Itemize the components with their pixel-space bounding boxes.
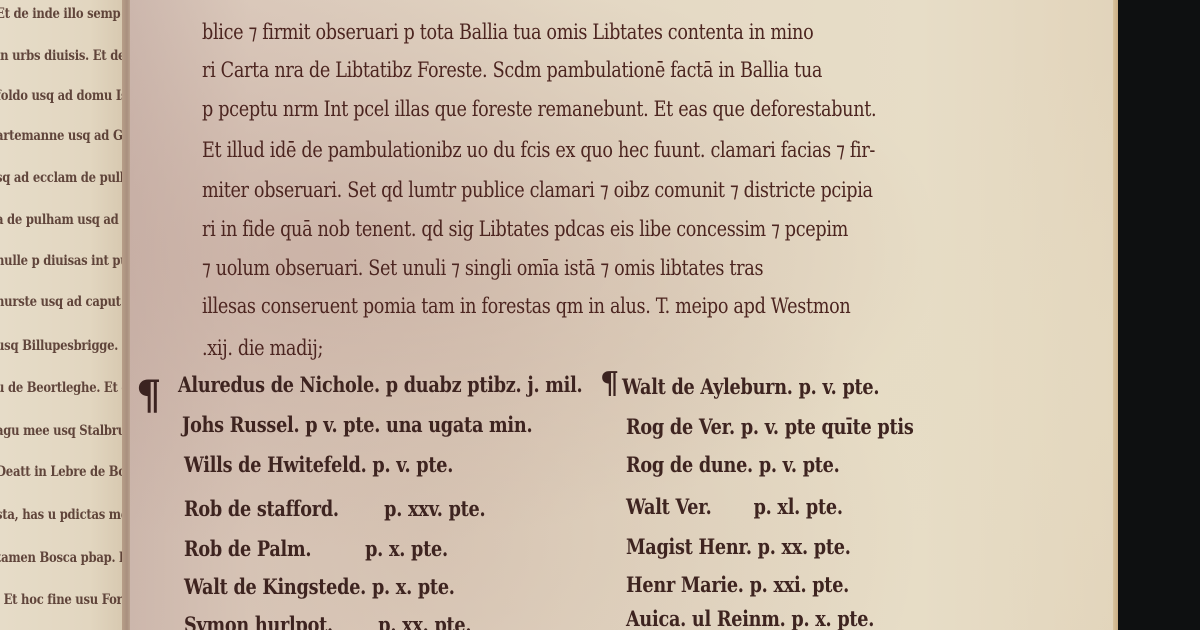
list-entry-left: Walt de Kingstede. p. x. pte. (184, 574, 455, 599)
left-page-line: sta, has u pdictas metas (0, 507, 128, 523)
entry-name: Rog de Ver. (626, 414, 735, 439)
entry-name: Rob de Palm. (184, 536, 311, 561)
list-entry-left: Rob de stafford. p. xxv. pte. (184, 496, 485, 521)
left-page-line: u de Beortleghe. Et de (0, 380, 128, 396)
entry-name: Auica. ul Reinm. (626, 606, 786, 630)
entry-name: Walt de Kingstede. (184, 574, 366, 599)
prose-line: ri in fide quā nob tenent. qd sig Libtat… (202, 217, 848, 241)
prose-line: Et illud idē de pambulationibz uo du fci… (202, 138, 875, 162)
entry-name: Walt de Ayleburn. (622, 374, 793, 399)
entry-name: Wills de Hwitefeld. (184, 452, 367, 477)
list-entry-right: Magist Henr. p. xx. pte. (626, 534, 851, 559)
entry-amount: p. xx. pte. (758, 534, 851, 559)
entry-name: Rob de stafford. (184, 496, 339, 521)
left-page-line: foldo usq ad domu Isarn (0, 88, 128, 104)
entry-amount: p. xl. pte. (754, 494, 843, 519)
main-page: blice ⁊ firmit obseruari p tota Ballia t… (130, 0, 1118, 630)
pilcrow-mark-left: ¶ (136, 372, 161, 419)
dark-background (1118, 0, 1200, 630)
entry-amount: p v. pte. una ugata min. (305, 412, 532, 437)
list-entry-right: Rog de Ver. p. v. pte quīte ptis (626, 414, 914, 439)
entry-name: Henr Marie. (626, 572, 744, 597)
entry-amount: p. xxi. pte. (750, 572, 849, 597)
entry-name: Symon hurlpot. (184, 612, 333, 630)
left-page-line: sq ad ecclam de pulham. (0, 170, 128, 186)
entry-name: Aluredus de Nichole. (178, 372, 380, 397)
entry-amount: p. xxv. pte. (384, 496, 485, 521)
left-page-line: a de pulham usq ad Sandr (0, 212, 128, 228)
list-entry-left: Wills de Hwitefeld. p. v. pte. (184, 452, 453, 477)
left-page-line: hulle p diuisas int pulham (0, 253, 128, 269)
prose-line: blice ⁊ firmit obseruari p tota Ballia t… (202, 20, 813, 44)
left-page-line: tamen Bosca pbap. homini (0, 550, 128, 566)
prose-line: miter obseruari. Set qd lumtr publice cl… (202, 178, 873, 202)
left-page-line: Et de inde illo semp (0, 6, 120, 22)
left-facing-page: Et de inde illo semp in urbs diuisis. Et… (0, 0, 128, 630)
prose-line: ⁊ uolum obseruari. Set unuli ⁊ singli om… (202, 256, 763, 280)
entry-amount: p. v. pte quīte ptis (741, 414, 914, 439)
list-entry-left: Symon hurlpot. p. xx. pte. (184, 612, 471, 630)
entry-amount: p. v. pte. (759, 452, 840, 477)
left-page-line: . Et hoc fine usu Forestar (0, 592, 128, 608)
list-entry-right: Rog de dune. p. v. pte. (626, 452, 840, 477)
entry-amount: p. xx. pte. (378, 612, 471, 630)
list-entry-left: Aluredus de Nichole. p duabz ptibz. j. m… (178, 372, 582, 397)
prose-line: ri Carta nra de Libtatibz Foreste. Scdm … (202, 58, 822, 82)
entry-amount: p duabz ptibz. j. mil. (386, 372, 583, 397)
prose-line: p pceptu nrm Int pcel illas que foreste … (202, 97, 876, 121)
left-page-line: Deatt in Lebre de Boso usq (0, 464, 128, 480)
entry-amount: p. x. pte. (791, 606, 874, 630)
prose-line: .xij. die madij; (202, 336, 323, 360)
list-entry-left: Rob de Palm. p. x. pte. (184, 536, 448, 561)
left-page-line: agu mee usq Stalbrui (0, 423, 128, 439)
list-entry-left: Johs Russel. p v. pte. una ugata min. (182, 412, 532, 437)
list-entry-right: Walt de Ayleburn. p. v. pte. (622, 374, 879, 399)
entry-name: Johs Russel. (182, 412, 299, 437)
entry-amount: p. x. pte. (372, 574, 455, 599)
entry-name: Rog de dune. (626, 452, 753, 477)
list-entry-right: Henr Marie. p. xxi. pte. (626, 572, 849, 597)
entry-name: Walt Ver. (626, 494, 712, 519)
list-entry-right: Walt Ver. p. xl. pte. (626, 494, 843, 519)
pilcrow-mark-right: ¶ (600, 366, 619, 401)
left-page-line: artemanne usq ad Grangu (0, 128, 128, 144)
entry-amount: p. v. pte. (372, 452, 453, 477)
manuscript-photo: Et de inde illo semp in urbs diuisis. Et… (0, 0, 1200, 630)
left-page-line: hurste usq ad caput Alni (0, 294, 128, 310)
entry-amount: p. v. pte. (799, 374, 880, 399)
left-page-line: usq Billupesbrigge. Et (0, 338, 128, 354)
entry-amount: p. x. pte. (365, 536, 448, 561)
left-page-line: in urbs diuisis. Et de (0, 48, 125, 64)
list-entry-right: Auica. ul Reinm. p. x. pte. (626, 606, 874, 630)
entry-name: Magist Henr. (626, 534, 752, 559)
prose-line: illesas conseruent pomia tam in forestas… (202, 294, 850, 318)
